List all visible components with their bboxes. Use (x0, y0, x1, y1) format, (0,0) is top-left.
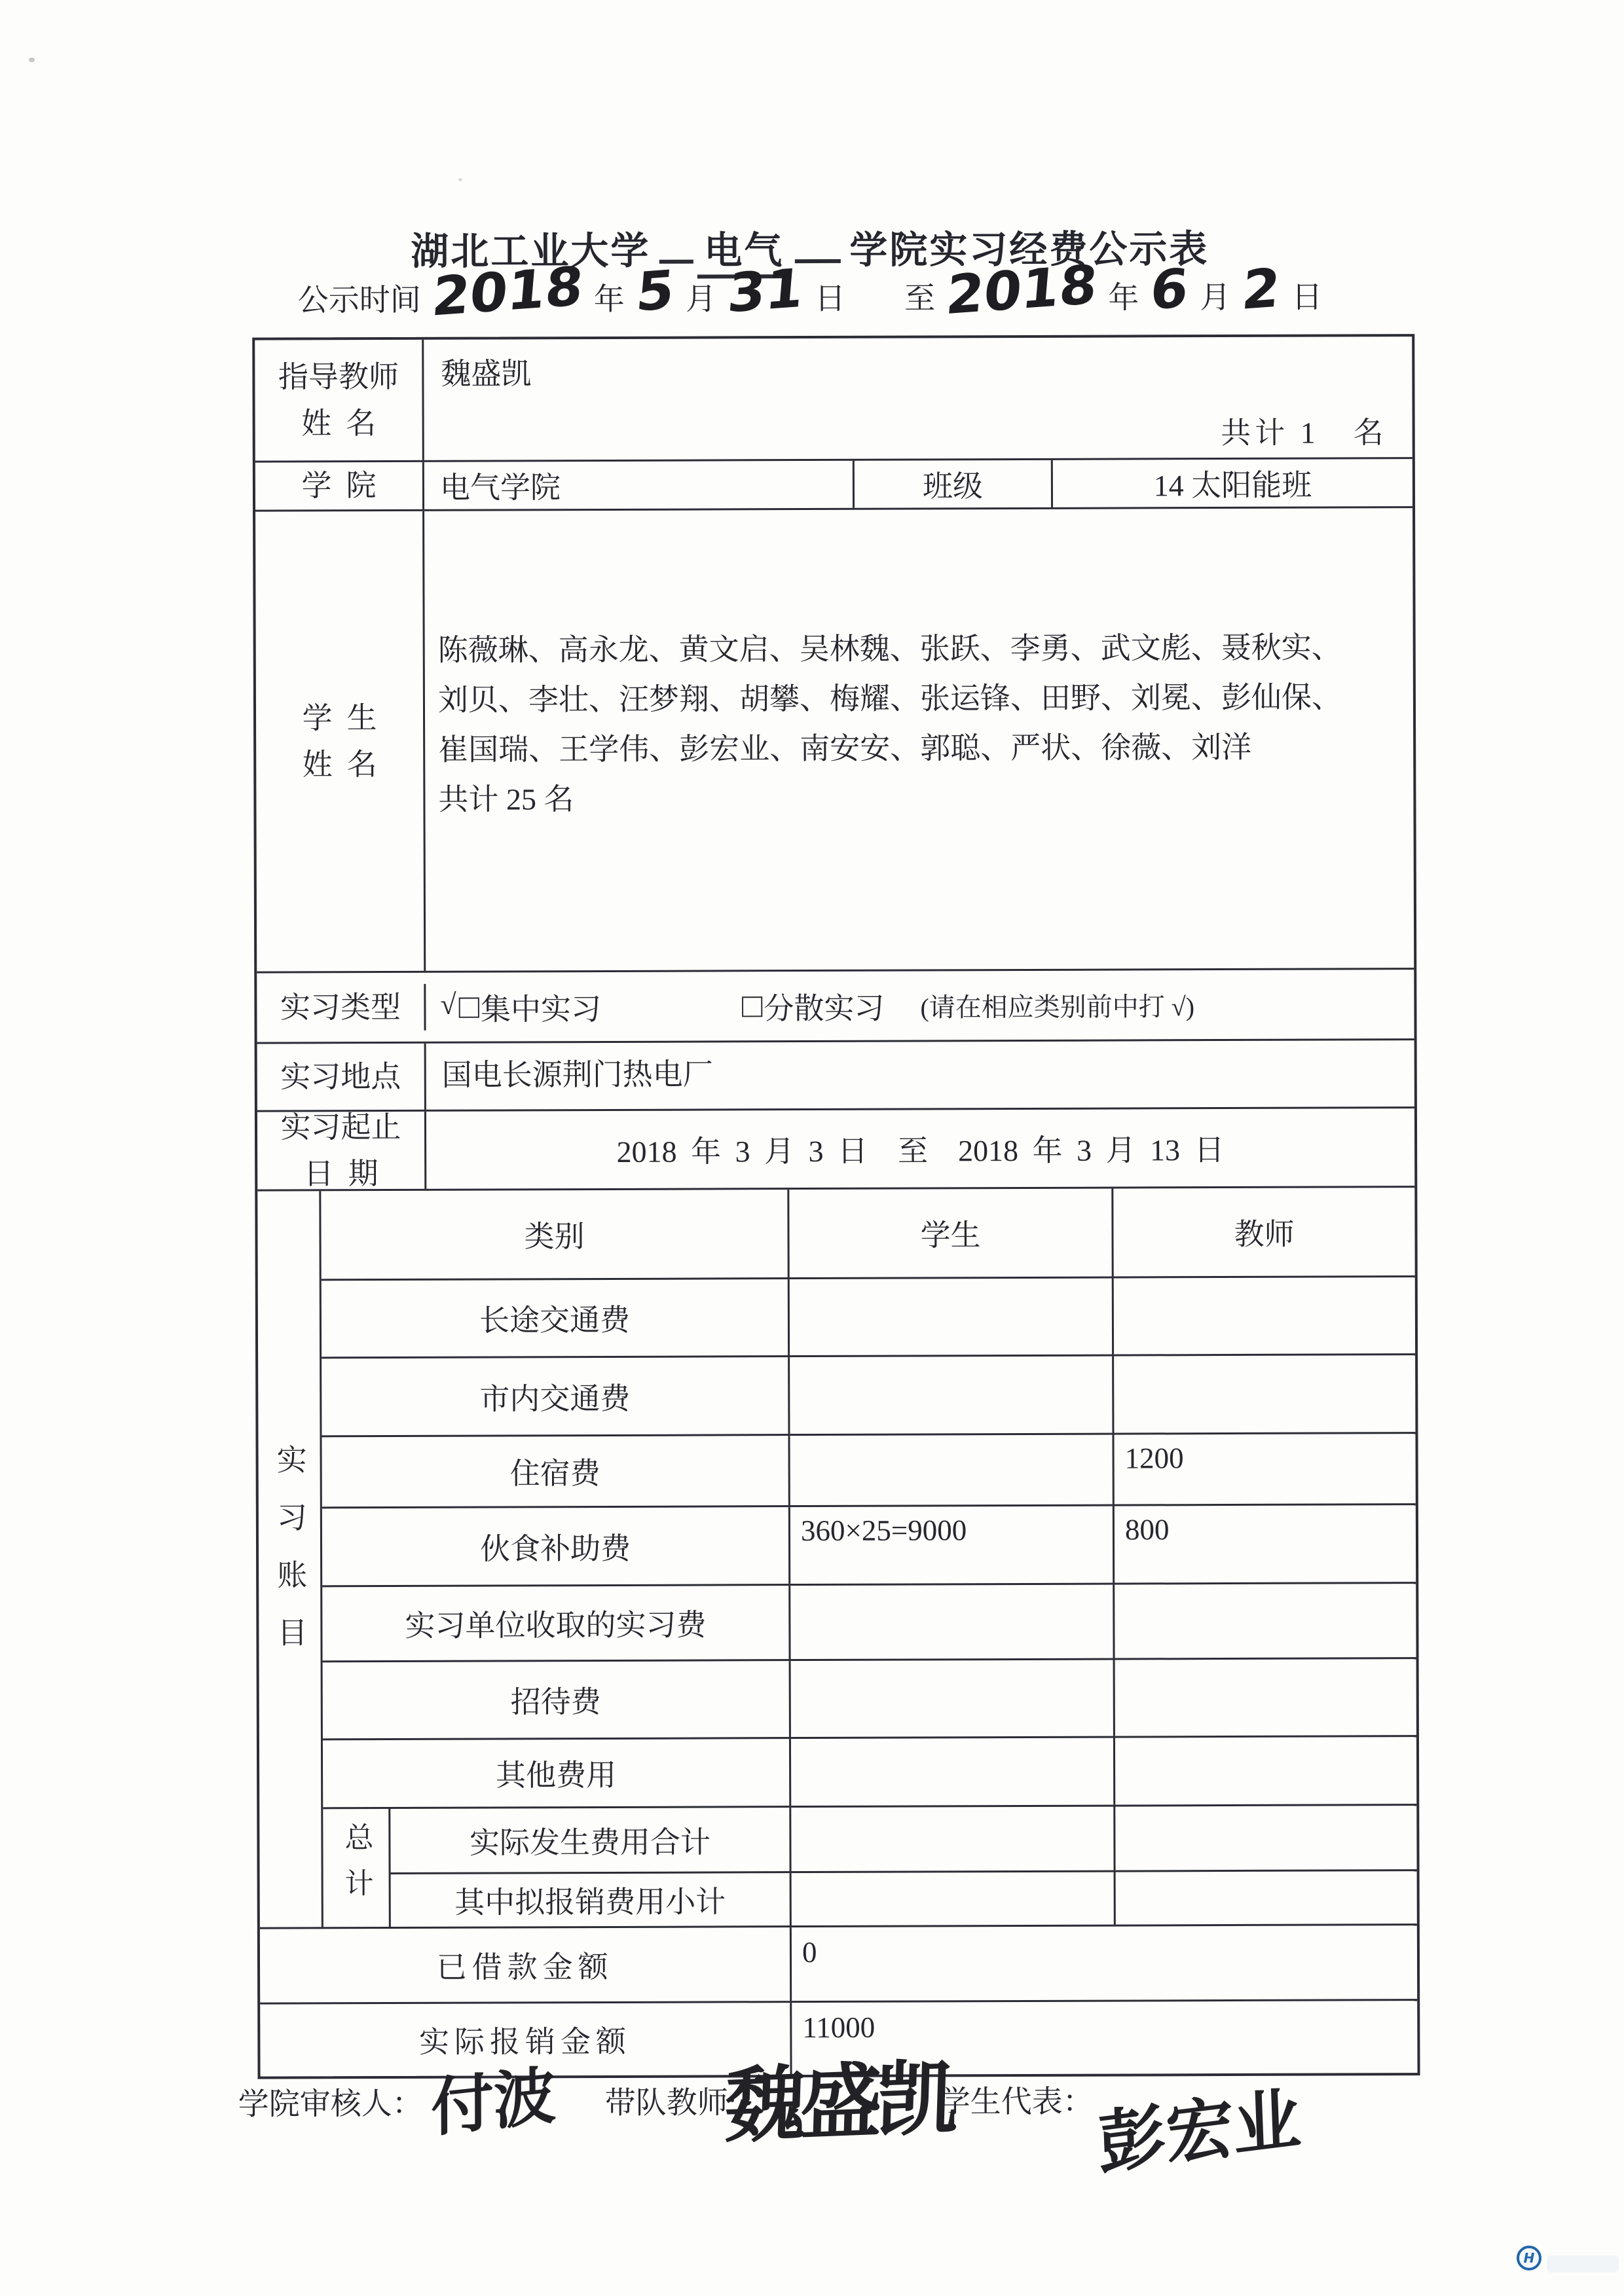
month-char: 月 (1200, 273, 1230, 317)
dates-label-line2: 日期 (289, 1150, 393, 1197)
fee-category-label: 招待费 (511, 1678, 601, 1721)
instructor-label-line2: 姓名 (287, 400, 390, 447)
spacer (601, 1006, 742, 1007)
college-label-cell: 学院 (255, 462, 424, 510)
day-char: 日 (815, 274, 845, 318)
total-category-label: 其中拟报销费用小计 (454, 1878, 726, 1922)
fee-teacher-value-cell (1115, 1737, 1416, 1804)
students-names-line: 陈薇琳、高永龙、黄文启、吴林魏、张跃、李勇、武文彪、聂秋实、 (438, 623, 1396, 676)
fee-teacher-value-cell: 1200 (1114, 1434, 1415, 1504)
option-dispersed-label: 分散实习 (764, 984, 884, 1028)
account-table: 类别 学生 教师 长途交通费 市内交通费 (321, 1188, 1417, 1927)
fee-category-cell: 长途交通费 (322, 1279, 790, 1357)
option-centralized-label: 集中实习 (481, 985, 601, 1029)
account-header-row: 类别 学生 教师 (321, 1188, 1414, 1281)
total-category-label: 实际发生费用合计 (470, 1818, 710, 1862)
total-student-value-cell (791, 1807, 1115, 1872)
internship-type-value-cell: √ □ 集中实习 □ 分散实习 (请在相应类别前中打 √) (426, 983, 1414, 1029)
college-row: 学院 电气学院 班级 14 太阳能班 (255, 459, 1412, 512)
class-label-cell: 班级 (855, 460, 1053, 508)
fee-student-value-cell (790, 1434, 1114, 1505)
fee-student-value-cell (790, 1357, 1114, 1434)
fee-category-label: 市内交通费 (479, 1374, 630, 1418)
fee-student-value-cell (790, 1278, 1114, 1355)
fee-teacher-value-cell (1114, 1355, 1415, 1432)
instructor-total-count: 共计 1 名 (1221, 409, 1388, 452)
students-names-line: 崔国瑞、王学伟、彭宏业、南安安、郭聪、严状、徐薇、刘洋 (438, 722, 1396, 775)
location-label-cell: 实习地点 (257, 1044, 426, 1110)
fee-category-cell: 招待费 (323, 1661, 791, 1739)
reimbursed-amount-label: 实际报销金额 (419, 2018, 631, 2062)
header-category-label: 类别 (524, 1212, 584, 1256)
type-instruction-note: (请在相应类别前中打 √) (920, 986, 1194, 1024)
total-category-cell: 其中拟报销费用小计 (391, 1873, 792, 1927)
checkbox-icon: □ (458, 988, 479, 1027)
class-label: 班级 (923, 462, 983, 505)
fee-category-cell: 实习单位收取的实习费 (322, 1586, 790, 1660)
scanned-form-page: 湖北工业大学电气学院实习经费公示表 公示时间 2018 年 5 月 31 日 至… (0, 0, 1624, 2296)
students-names-line: 刘贝、李壮、汪梦翔、胡攀、梅耀、张运锋、田野、刘冕、彭仙保、 (438, 672, 1396, 725)
reviewer-signature-handwritten: 付波 (431, 2066, 556, 2138)
total-rows: 实际发生费用合计 其中拟报销费用小计 (390, 1806, 1417, 1927)
fee-teacher-value-cell: 800 (1115, 1506, 1416, 1583)
account-row: 实习单位收取的实习费 (322, 1584, 1416, 1662)
account-section-label-cell: 实习账目 (257, 1191, 323, 1927)
fee-category-cell: 市内交通费 (322, 1357, 790, 1435)
internship-type-label: 实习类型 (280, 984, 401, 1031)
students-label-line2: 姓名 (288, 741, 392, 788)
title-underline (794, 221, 840, 263)
students-row: 学生 姓名 陈薇琳、高永龙、黄文启、吴林魏、张跃、李勇、武文彪、聂秋实、 刘贝、… (255, 508, 1414, 974)
scan-smudge (1547, 2255, 1619, 2272)
account-total-block: 总计 实际发生费用合计 其中拟报销费用小计 (323, 1806, 1417, 1927)
account-row: 长途交通费 (322, 1277, 1415, 1359)
college-value-cell: 电气学院 (424, 461, 855, 509)
location-label: 实习地点 (280, 1053, 401, 1101)
publicity-end-year-handwritten: 2018 (945, 266, 1099, 316)
header-teacher-label: 教师 (1234, 1210, 1294, 1253)
publicity-start-year-handwritten: 2018 (430, 267, 584, 318)
account-section-label: 实习账目 (268, 1444, 312, 1674)
account-row: 伙食补助费 360×25=9000 800 (322, 1506, 1416, 1588)
fee-student-value-cell (791, 1660, 1115, 1737)
instructor-value-cell: 魏盛凯 共计 1 名 (424, 337, 1412, 460)
account-header-student: 学生 (789, 1189, 1113, 1277)
month-char: 月 (686, 274, 716, 318)
internship-type-label-cell: 实习类型 (257, 984, 426, 1031)
header-student-label: 学生 (920, 1211, 980, 1254)
publicity-start-day-handwritten: 31 (726, 269, 805, 314)
borrowed-amount-label: 已借款金额 (436, 1943, 613, 1987)
leader-teacher-label: 带队教师: (605, 2074, 737, 2123)
fee-category-cell: 伙食补助费 (322, 1508, 790, 1586)
college-value: 电气学院 (440, 464, 561, 507)
borrowed-amount-label-cell: 已借款金额 (260, 1927, 792, 2003)
fee-category-label: 伙食补助费 (480, 1525, 631, 1569)
students-total-count: 共计 25 名 (438, 772, 1396, 825)
account-row: 市内交通费 (322, 1355, 1415, 1437)
class-value: 14 太阳能班 (1154, 462, 1312, 505)
internship-type-options: √ □ 集中实习 □ 分散实习 (请在相应类别前中打 √) (426, 983, 1194, 1029)
students-names-cell: 陈薇琳、高永龙、黄文启、吴林魏、张跃、李勇、武文彪、聂秋实、 刘贝、李壮、汪梦翔… (424, 508, 1414, 971)
fee-teacher-value-cell (1115, 1659, 1416, 1736)
leader-teacher-signature-handwritten: 魏盛凯 (724, 2066, 953, 2140)
account-row: 其他费用 (323, 1737, 1416, 1809)
year-char: 年 (1108, 273, 1139, 317)
total-row: 实际发生费用合计 (390, 1806, 1416, 1874)
instructor-name: 魏盛凯 (441, 350, 531, 393)
publicity-start-month-handwritten: 5 (635, 271, 676, 313)
day-char: 日 (1291, 273, 1322, 317)
account-section: 实习账目 类别 学生 教师 长途交通费 市内交通费 (257, 1188, 1417, 1929)
fee-category-cell: 其他费用 (323, 1739, 791, 1807)
total-teacher-value-cell (1116, 1871, 1417, 1924)
fee-student-value-cell: 360×25=9000 (790, 1506, 1115, 1584)
class-value-cell: 14 太阳能班 (1053, 459, 1412, 507)
account-row: 住宿费 1200 (322, 1434, 1415, 1509)
fee-category-cell: 住宿费 (322, 1436, 790, 1507)
check-icon: √ (440, 988, 456, 1021)
form-sheet: 湖北工业大学电气学院实习经费公示表 公示时间 2018 年 5 月 31 日 至… (0, 0, 1624, 2296)
total-student-value-cell (792, 1872, 1116, 1926)
publicity-period-line: 公示时间 2018 年 5 月 31 日 至 2018 年 6 月 2 日 (0, 269, 1622, 321)
year-char: 年 (594, 275, 625, 319)
signature-footer: 学院审核人： 付波 带队教师: 魏盛凯 学生代表： 彭宏业 (238, 2072, 1483, 2166)
students-label-cell: 学生 姓名 (255, 511, 426, 972)
dates-label-cell: 实习起止 日期 (257, 1112, 426, 1190)
total-teacher-value-cell (1115, 1806, 1416, 1870)
total-category-cell: 实际发生费用合计 (390, 1808, 791, 1872)
fee-category-label: 长途交通费 (479, 1296, 630, 1340)
account-row: 招待费 (323, 1659, 1416, 1741)
dates-value-cell: 2018 年 3 月 3 日 至 2018 年 3 月 13 日 (426, 1108, 1414, 1189)
dates-row: 实习起止 日期 2018 年 3 月 3 日 至 2018 年 3 月 13 日 (257, 1108, 1414, 1192)
account-header-teacher: 教师 (1113, 1188, 1414, 1276)
location-value: 国电长源荆门热电厂 (442, 1057, 713, 1091)
total-label-cell: 总计 (323, 1809, 391, 1927)
dates-value: 2018 年 3 月 3 日 至 2018 年 3 月 13 日 (426, 1108, 1414, 1189)
total-row: 其中拟报销费用小计 (391, 1871, 1417, 1927)
instructor-label-cell: 指导教师 姓名 (255, 340, 424, 461)
fee-teacher-value-cell (1114, 1277, 1415, 1355)
internship-type-row: 实习类型 √ □ 集中实习 □ 分散实习 (请在相应类别前中打 √) (257, 970, 1414, 1044)
account-header-category: 类别 (321, 1190, 789, 1279)
reviewer-label: 学院审核人： (238, 2075, 423, 2124)
fee-student-value-cell (791, 1738, 1115, 1806)
borrowed-amount-row: 已借款金额 0 (260, 1925, 1417, 2005)
location-value-cell: 国电长源荆门热电厂 (426, 1040, 1414, 1110)
fee-category-label: 住宿费 (510, 1449, 600, 1493)
total-label: 总计 (335, 1822, 377, 1914)
main-form-table: 指导教师 姓名 魏盛凯 共计 1 名 学院 电气学院 班级 (252, 334, 1420, 2079)
university-logo-icon: H (1517, 2246, 1541, 2270)
student-representative-signature-handwritten: 彭宏业 (1097, 2088, 1302, 2176)
college-label: 学院 (287, 462, 390, 509)
fee-category-label: 实习单位收取的实习费 (405, 1601, 706, 1645)
fee-category-label: 其他费用 (496, 1751, 616, 1795)
publicity-label: 公示时间 (298, 276, 421, 320)
instructor-label-line1: 指导教师 (278, 354, 399, 401)
publicity-end-month-handwritten: 6 (1149, 269, 1190, 311)
dates-label-line1: 实习起止 (280, 1104, 401, 1151)
title-underline (659, 222, 693, 264)
students-label-line1: 学生 (287, 695, 391, 742)
student-representative-label: 学生代表： (940, 2073, 1094, 2122)
location-row: 实习地点 国电长源荆门热电厂 (257, 1040, 1414, 1112)
checkbox-icon: □ (742, 987, 763, 1025)
to-char: 至 (904, 274, 935, 318)
logo-glyph: H (1524, 2251, 1535, 2265)
students-names-text: 陈薇琳、高永龙、黄文启、吴林魏、张跃、李勇、武文彪、聂秋实、 刘贝、李壮、汪梦翔… (424, 508, 1413, 825)
fee-teacher-value-cell (1115, 1584, 1416, 1658)
fee-student-value-cell (790, 1585, 1115, 1659)
publicity-end-day-handwritten: 2 (1241, 269, 1282, 311)
instructor-row: 指导教师 姓名 魏盛凯 共计 1 名 (255, 337, 1412, 463)
borrowed-amount-value-cell: 0 (792, 1925, 1417, 2001)
